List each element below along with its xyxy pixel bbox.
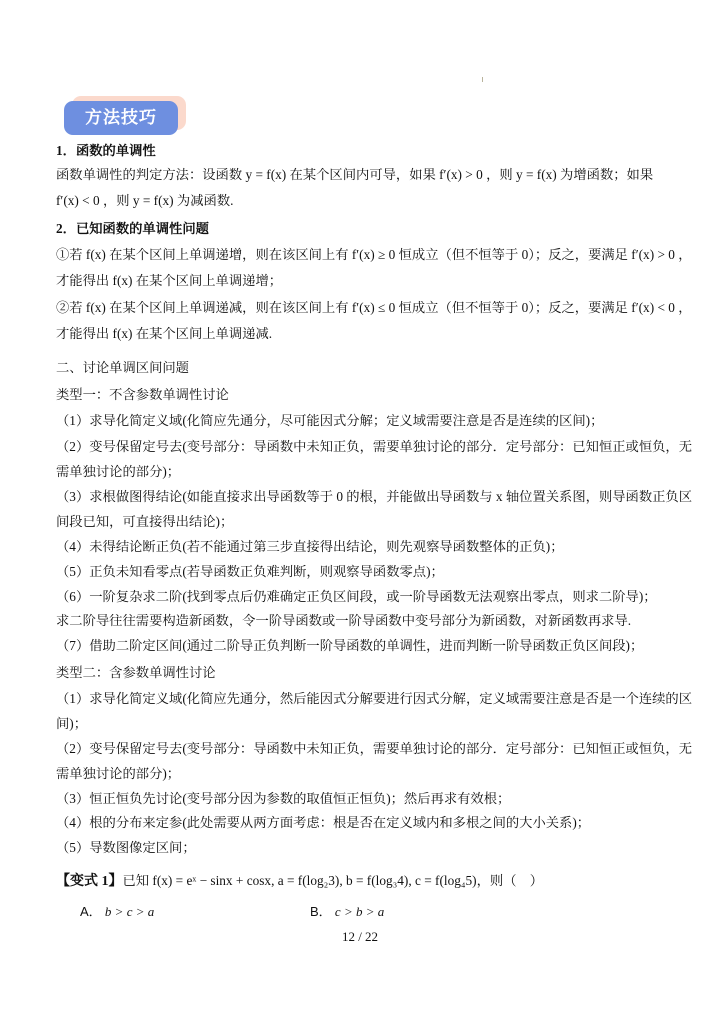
exercise-question: 【变式 1】已知 f(x) = eˣ − sinx + cosx, a = f(… — [56, 872, 676, 891]
option-b[interactable]: B． c > b > a — [310, 903, 384, 921]
exercise-stem: 已知 f(x) = eˣ − sinx + cosx, a = f(log₂3)… — [123, 873, 544, 888]
option-a-letter: A． — [80, 904, 102, 919]
type2-line-2: （2）变号保留定号去(变号部分：导函数中未知正负，需要单独讨论的部分．定号部分：… — [56, 740, 676, 758]
section2-item1-line1: ①若 f(x) 在某个区间上单调递增，则在该区间上有 f′(x) ≥ 0 恒成立… — [56, 246, 676, 264]
section3-title: 二、讨论单调区间问题 — [56, 359, 676, 377]
type1-title: 类型一：不含参数单调性讨论 — [56, 386, 676, 404]
type1-line-3: （3）求根做图得结论(如能直接求出导函数等于 0 的根，并能做出导函数与 x 轴… — [56, 488, 676, 506]
type2-line-0: （1）求导化简定义域(化简应先通分，然后能因式分解要进行因式分解，定义域需要注意… — [56, 690, 676, 708]
option-b-text: c > b > a — [335, 904, 384, 919]
type2-line-4: （3）恒正恒负先讨论(变号部分因为参数的取值恒正恒负)；然后再求有效根； — [56, 790, 676, 808]
section2-item2-line1: ②若 f(x) 在某个区间上单调递减，则在该区间上有 f′(x) ≤ 0 恒成立… — [56, 299, 676, 317]
section2-item1-line2: 才能得出 f(x) 在某个区间上单调递增； — [56, 272, 676, 290]
type1-line-9: （7）借助二阶定区间(通过二阶导正负判断一阶导函数的单调性，进而判断一阶导函数正… — [56, 637, 676, 655]
badge-label: 方法技巧 — [64, 101, 178, 135]
type2-line-5: （4）根的分布来定参(此处需要从两方面考虑：根是否在定义域内和多根之间的大小关系… — [56, 814, 676, 832]
section1-line2: f′(x) < 0 ，则 y = f(x) 为减函数. — [56, 192, 676, 210]
option-a[interactable]: A． b > c > a — [80, 903, 154, 921]
type2-line-1: 间)； — [56, 715, 676, 733]
type1-line-0: （1）求导化简定义域(化简应先通分，尽可能因式分解；定义域需要注意是否是连续的区… — [56, 412, 676, 430]
option-a-text: b > c > a — [105, 904, 154, 919]
section1-title: 1．函数的单调性 — [56, 142, 676, 160]
type1-line-4: 间段已知，可直接得出结论)； — [56, 513, 676, 531]
section2-title: 2．已知函数的单调性问题 — [56, 220, 676, 238]
option-b-letter: B． — [310, 904, 332, 919]
type2-title: 类型二：含参数单调性讨论 — [56, 664, 676, 682]
type1-line-2: 需单独讨论的部分)； — [56, 463, 676, 481]
section2-item2-line2: 才能得出 f(x) 在某个区间上单调递减. — [56, 325, 676, 343]
type1-line-1: （2）变号保留定号去(变号部分：导函数中未知正负，需要单独讨论的部分．定号部分：… — [56, 438, 676, 456]
type1-line-7: （6）一阶复杂求二阶(找到零点后仍难确定正负区间段，或一阶导函数无法观察出零点，… — [56, 588, 676, 606]
section1-line1: 函数单调性的判定方法：设函数 y = f(x) 在某个区间内可导，如果 f′(x… — [56, 166, 676, 184]
type1-line-8: 求二阶导往往需要构造新函数，令一阶导函数或一阶导函数中变号部分为新函数，对新函数… — [56, 612, 676, 630]
document-page: 方法技巧 1．函数的单调性 函数单调性的判定方法：设函数 y = f(x) 在某… — [0, 0, 720, 1018]
exercise-label: 【变式 1】 — [56, 874, 123, 889]
type1-line-5: （4）未得结论断正负(若不能通过第三步直接得出结论，则先观察导函数整体的正负)； — [56, 538, 676, 556]
method-tips-badge: 方法技巧 — [64, 96, 188, 136]
type2-line-6: （5）导数图像定区间； — [56, 839, 676, 857]
page-number: 12 / 22 — [0, 929, 720, 945]
scan-mark — [482, 77, 483, 82]
type1-line-6: （5）正负未知看零点(若导函数正负难判断，则观察导函数零点)； — [56, 563, 676, 581]
type2-line-3: 需单独讨论的部分)； — [56, 765, 676, 783]
